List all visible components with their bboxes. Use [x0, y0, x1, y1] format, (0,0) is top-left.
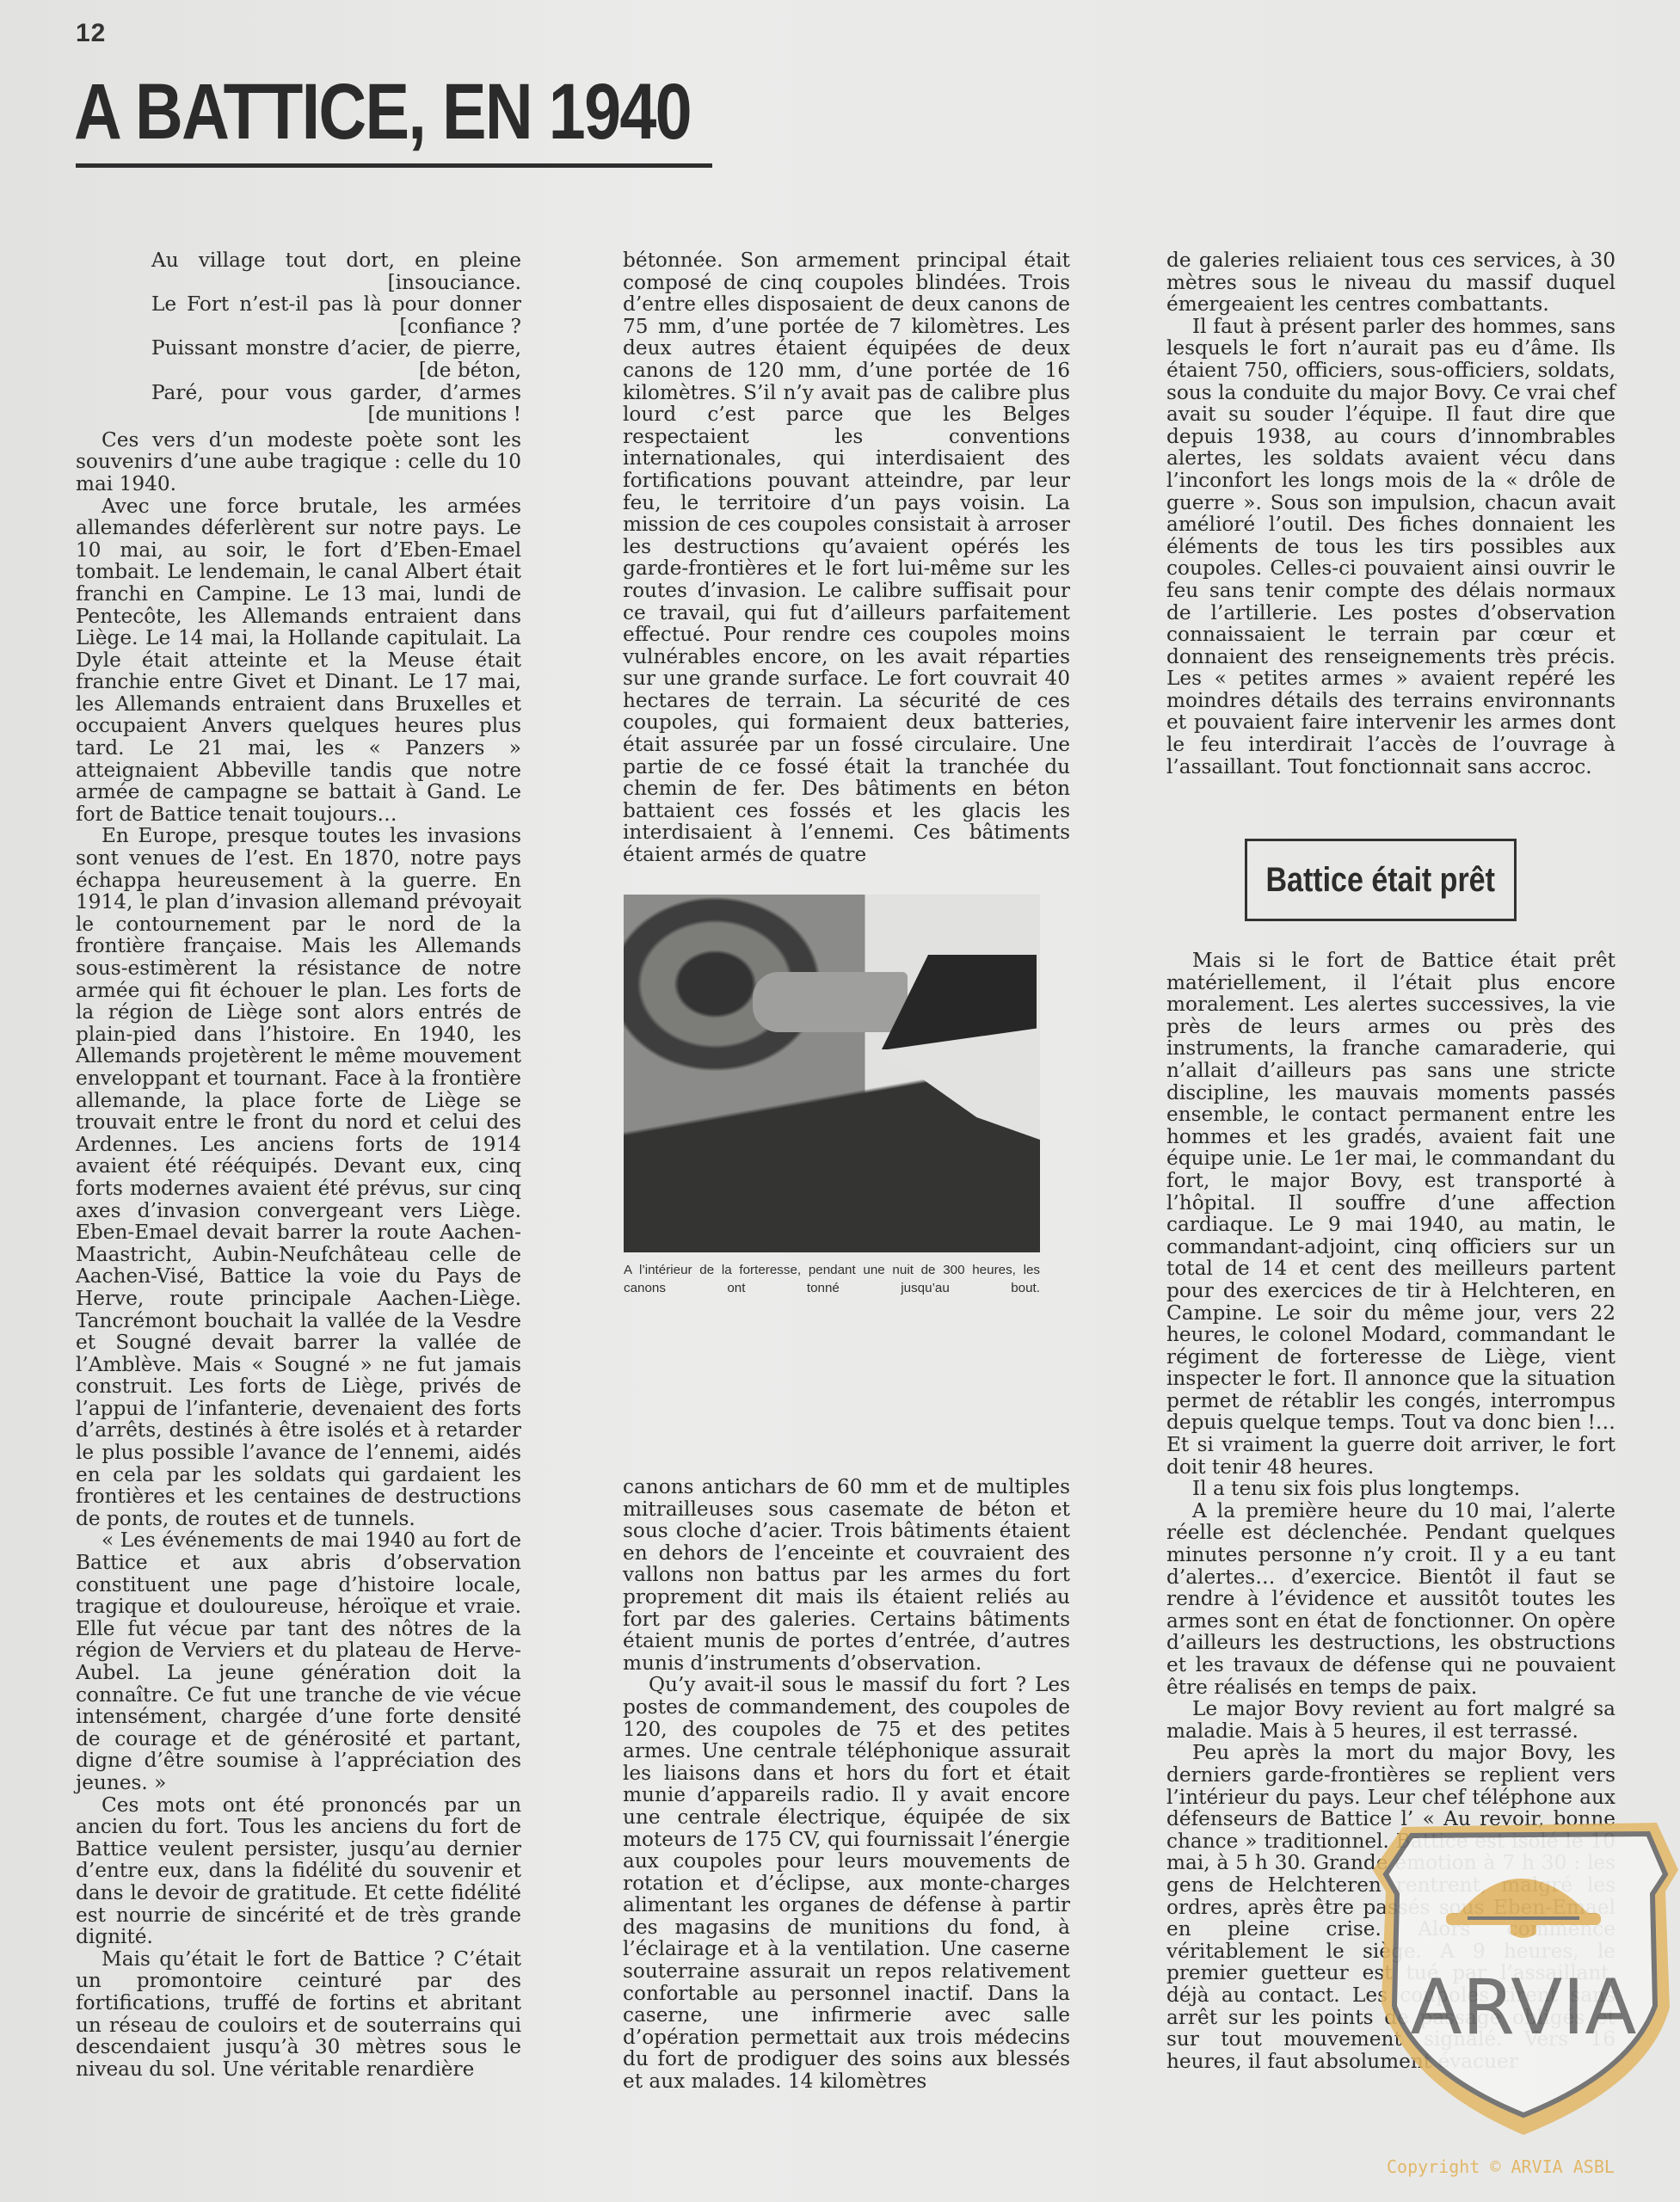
paragraph: Il a tenu six fois plus longtemps.: [1166, 1478, 1615, 1500]
paragraph: Ces mots ont été prononcés par un ancien…: [76, 1794, 521, 1948]
column-left: Au village tout dort, en pleine [insouci…: [76, 249, 521, 2080]
subheading: Battice était prêt: [1266, 861, 1495, 900]
photo-caption: A l’intérieur de la forteresse, pendant …: [624, 1261, 1040, 1297]
copyright-notice: Copyright © ARVIA ASBL: [1387, 2156, 1615, 2177]
poem-line-cont: [de béton,: [76, 360, 521, 382]
paragraph: de galeries reliaient tous ces services,…: [1166, 249, 1615, 316]
poem-line-cont: [de munitions !: [76, 403, 521, 426]
paragraph: Qu’y avait-il sous le massif du fort ? L…: [623, 1674, 1070, 2092]
column-right-top: de galeries reliaient tous ces services,…: [1166, 249, 1615, 778]
poem-line: Au village tout dort, en pleine: [76, 249, 521, 272]
paragraph: bétonnée. Son armement principal était c…: [623, 249, 1070, 866]
paragraph: Avec une force brutale, les armées allem…: [76, 495, 521, 826]
title-underline: [76, 163, 712, 168]
fortress-interior-photo: [624, 895, 1040, 1252]
arvia-shield-logo: ARVIA: [1373, 1810, 1680, 2137]
paragraph: Mais si le fort de Battice était prêt ma…: [1166, 950, 1615, 1478]
subheading-box: Battice était prêt: [1245, 839, 1517, 921]
paragraph: A la première heure du 10 mai, l’alerte …: [1166, 1500, 1615, 1698]
paragraph: Ces vers d’un modeste poète sont les sou…: [76, 429, 521, 495]
poem-line: Puissant monstre d’acier, de pierre,: [76, 337, 521, 360]
page-number: 12: [76, 19, 106, 48]
magazine-page: 12 A BATTICE, EN 1940 Au village tout do…: [0, 0, 1680, 2202]
article-title: A BATTICE, EN 1940: [74, 67, 691, 157]
paragraph: Mais qu’était le fort de Battice ? C’éta…: [76, 1948, 521, 2081]
column-middle-bottom: canons antichars de 60 mm et de multiple…: [623, 1476, 1070, 2093]
poem-line-cont: [insouciance.: [76, 272, 521, 294]
column-middle-top: bétonnée. Son armement principal était c…: [623, 249, 1070, 866]
paragraph: canons antichars de 60 mm et de multiple…: [623, 1476, 1070, 1674]
paragraph: En Europe, presque toutes les invasions …: [76, 825, 521, 1529]
cannon-icon: [753, 972, 908, 1032]
poem-line: Paré, pour vous garder, d’armes: [76, 382, 521, 404]
quote-paragraph: « Les événements de mai 1940 au fort de …: [76, 1529, 521, 1793]
poem-line-cont: [confiance ?: [76, 316, 521, 338]
paragraph: Le major Bovy revient au fort malgré sa …: [1166, 1698, 1615, 1742]
svg-text:ARVIA: ARVIA: [1411, 1963, 1637, 2051]
poem-line: Le Fort n’est-il pas là pour donner: [76, 293, 521, 316]
poem: Au village tout dort, en pleine [insouci…: [76, 249, 521, 426]
paragraph: Il faut à présent parler des hommes, san…: [1166, 316, 1615, 778]
